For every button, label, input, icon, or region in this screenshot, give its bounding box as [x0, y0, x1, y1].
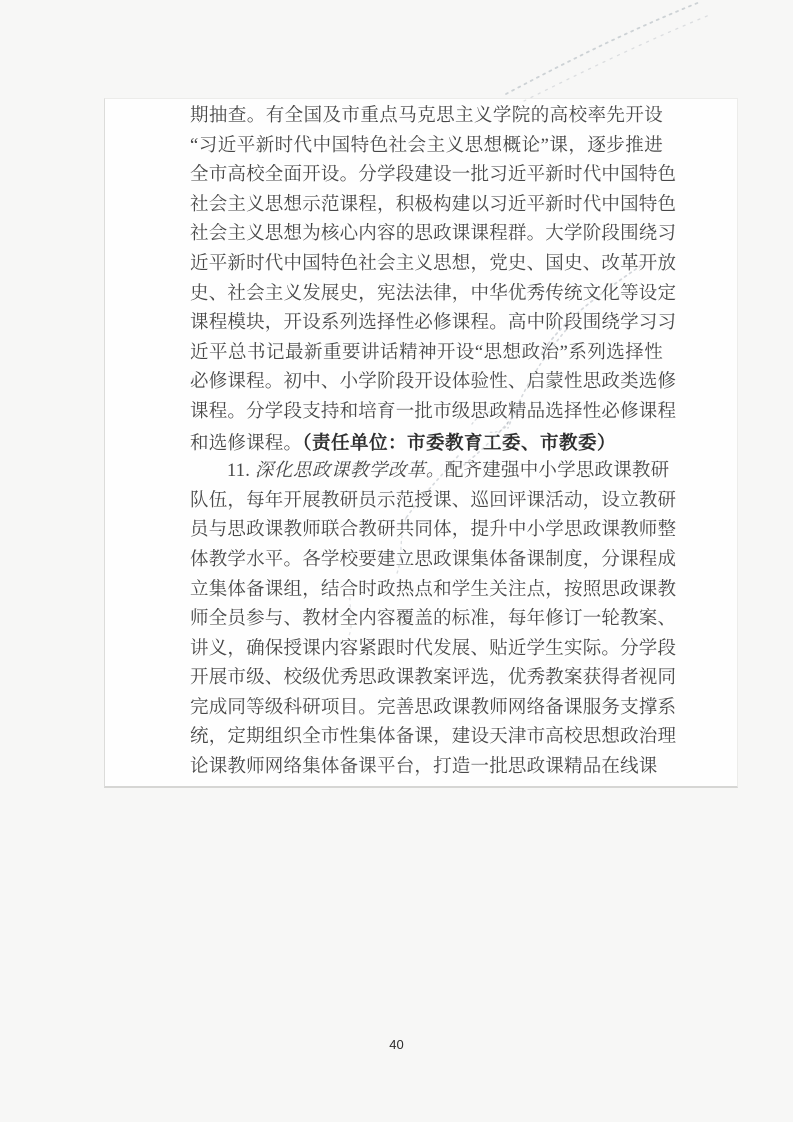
text-line: 史、社会主义发展史，宪法法律，中华优秀传统文化等设定 [190, 280, 663, 310]
text-line: 员与思政课教师联合教研共同体，提升中小学思政课教师整 [190, 516, 663, 546]
text-line: 师全员参与、教材全内容覆盖的标准，每年修订一轮教案、 [190, 605, 663, 635]
text-line: 讲义，确保授课内容紧跟时代发展、贴近学生实际。分学段 [190, 635, 663, 665]
text-line: 社会主义思想示范课程，积极构建以习近平新时代中国特色 [190, 191, 663, 221]
text-line: 完成同等级科研项目。完善思政课教师网络备课服务支撑系 [190, 694, 663, 724]
text-line: 队伍，每年开展教研员示范授课、巡回评课活动，设立教研 [190, 487, 663, 517]
text-line: 课程模块，开设系列选择性必修课程。高中阶段围绕学习习 [190, 309, 663, 339]
text-line: 社会主义思想为核心内容的思政课课程群。大学阶段围绕习 [190, 220, 663, 250]
text-line: 必修课程。初中、小学阶段开设体验性、启蒙性思政类选修 [190, 368, 663, 398]
text-line: 全市高校全面开设。分学段建设一批习近平新时代中国特色 [190, 161, 663, 191]
responsibility-line: 和选修课程。（责任单位：市委教育工委、市教委） [190, 428, 663, 458]
item-title-kai: 深化思政课教学改革。 [255, 461, 445, 481]
text-line: 近平总书记最新重要讲话精神开设“思想政治”系列选择性 [190, 339, 663, 369]
item-11-line: 11. 深化思政课教学改革。配齐建强中小学思政课教研 [190, 457, 663, 487]
page-number: 40 [0, 1037, 793, 1052]
responsibility-unit-bold: （责任单位：市委教育工委、市教委） [302, 432, 616, 453]
text-line: 开展市级、校级优秀思政课教案评选，优秀教案获得者视同 [190, 664, 663, 694]
responsibility-prefix: 和选修课程。 [190, 434, 302, 454]
text-line: 近平新时代中国特色社会主义思想，党史、国史、改革开放 [190, 250, 663, 280]
item-rest: 配齐建强中小学思政课教研 [445, 461, 669, 481]
scanned-document-image: 期抽查。有全国及市重点马克思主义学院的高校率先开设 “习近平新时代中国特色社会主… [104, 98, 738, 788]
text-line: 统，定期组织全市性集体备课，建设天津市高校思想政治理 [190, 723, 663, 753]
text-line: 期抽查。有全国及市重点马克思主义学院的高校率先开设 [190, 102, 663, 132]
text-line: 课程。分学段支持和培育一批市级思政精品选择性必修课程 [190, 398, 663, 428]
text-line: 体教学水平。各学校要建立思政课集体备课制度，分课程成 [190, 546, 663, 576]
text-line: 立集体备课组，结合时政热点和学生关注点，按照思政课教 [190, 576, 663, 606]
document-text-block: 期抽查。有全国及市重点马克思主义学院的高校率先开设 “习近平新时代中国特色社会主… [190, 102, 663, 783]
text-line: “习近平新时代中国特色社会主义思想概论”课，逐步推进 [190, 132, 663, 162]
text-line: 论课教师网络集体备课平台，打造一批思政课精品在线课 [190, 753, 663, 783]
item-number: 11. [227, 461, 255, 481]
